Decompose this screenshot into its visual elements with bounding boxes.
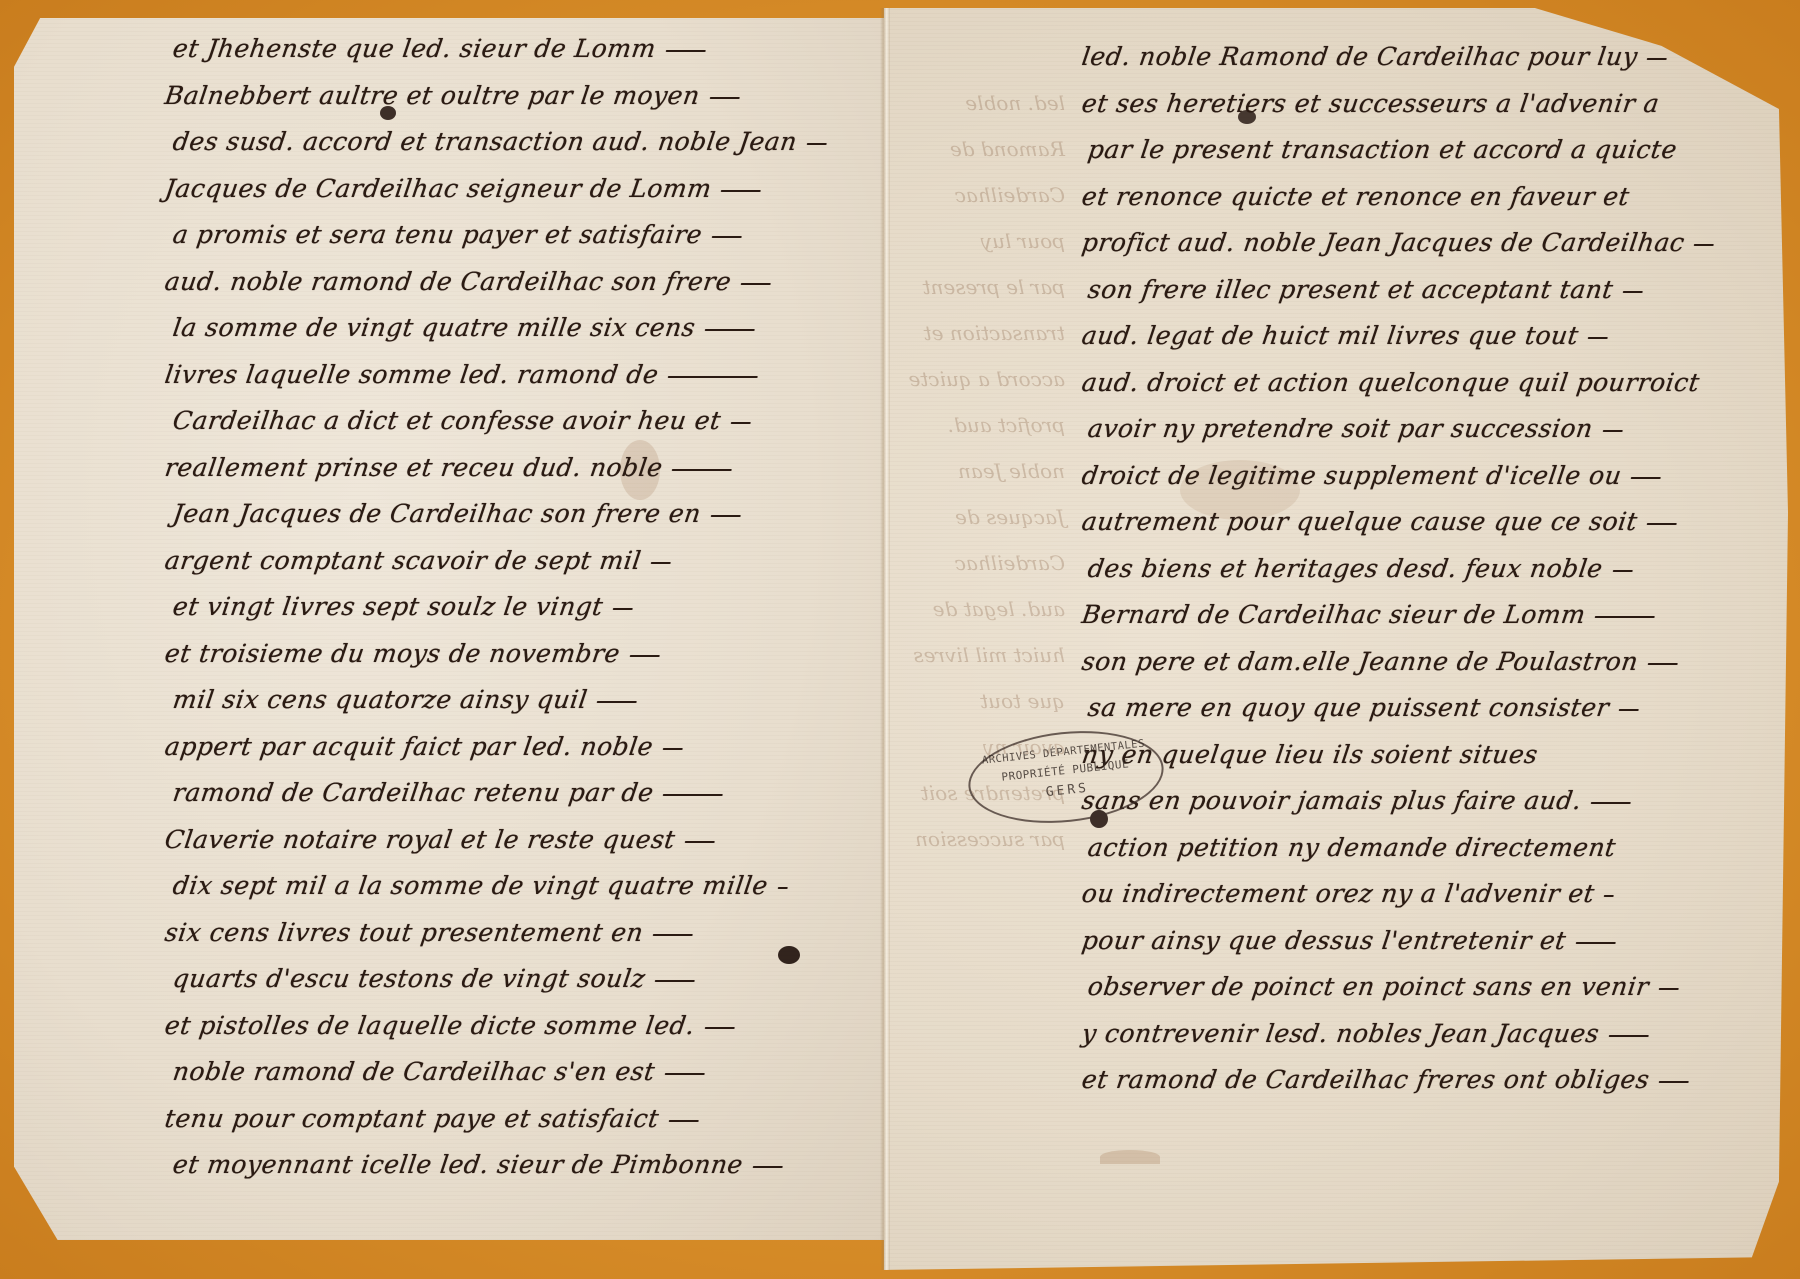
manuscript-line: Claverie notaire royal et le reste quest bbox=[162, 817, 889, 864]
manuscript-line: profict aud. noble Jean Jacques de Carde… bbox=[1079, 220, 1776, 267]
manuscript-line: et vingt livres sept soulz le vingt bbox=[162, 584, 889, 631]
manuscript-line: sans en pouvoir jamais plus faire aud. bbox=[1079, 778, 1776, 825]
manuscript-line: et ramond de Cardeilhac freres ont oblig… bbox=[1079, 1057, 1776, 1104]
manuscript-line: ny en quelque lieu ils soient situes bbox=[1079, 732, 1776, 779]
bleed-line: led. noble Ramond de Cardeilhac pour luy bbox=[905, 80, 1065, 264]
manuscript-line: droict de legitime supplement d'icelle o… bbox=[1079, 453, 1776, 500]
manuscript-line: Cardeilhac a dict et confesse avoir heu … bbox=[162, 398, 889, 445]
manuscript-line: la somme de vingt quatre mille six cens bbox=[162, 305, 889, 352]
bleed-line: profict aud. noble Jean Jacques de Carde… bbox=[905, 402, 1065, 586]
manuscript-line: observer de poinct en poinct sans en ven… bbox=[1079, 964, 1776, 1011]
manuscript-line: aud. noble ramond de Cardeilhac son frer… bbox=[162, 259, 889, 306]
manuscript-line: son frere illec present et acceptant tan… bbox=[1079, 267, 1776, 314]
manuscript-line: Balnebbert aultre et oultre par le moyen bbox=[162, 73, 889, 120]
manuscript-line: et ses heretiers et successeurs a l'adve… bbox=[1079, 81, 1776, 128]
manuscript-line: des susd. accord et transaction aud. nob… bbox=[162, 119, 889, 166]
manuscript-line: aud. droict et action quelconque quil po… bbox=[1079, 360, 1776, 407]
manuscript-line: ramond de Cardeilhac retenu par de bbox=[162, 770, 889, 817]
manuscript-line: reallement prinse et receu dud. noble bbox=[162, 445, 889, 492]
manuscript-line: argent comptant scavoir de sept mil bbox=[162, 538, 889, 585]
manuscript-line: pour ainsy que dessus l'entretenir et bbox=[1079, 918, 1776, 965]
manuscript-line: autrement pour quelque cause que ce soit bbox=[1079, 499, 1776, 546]
manuscript-line: aud. legat de huict mil livres que tout bbox=[1079, 313, 1776, 360]
manuscript-line: action petition ny demande directement bbox=[1079, 825, 1776, 872]
manuscript-line: appert par acquit faict par led. noble bbox=[162, 724, 889, 771]
manuscript-line: Jean Jacques de Cardeilhac son frere en bbox=[162, 491, 889, 538]
manuscript-line: noble ramond de Cardeilhac s'en est bbox=[162, 1049, 889, 1096]
manuscript-line: mil six cens quatorze ainsy quil bbox=[162, 677, 889, 724]
manuscript-line: et pistolles de laquelle dicte somme led… bbox=[162, 1003, 889, 1050]
manuscript-line: avoir ny pretendre soit par succession bbox=[1079, 406, 1776, 453]
manuscript-line: et moyennant icelle led. sieur de Pimbon… bbox=[162, 1142, 889, 1189]
manuscript-line: six cens livres tout presentement en bbox=[162, 910, 889, 957]
manuscript-line: et Jhehenste que led. sieur de Lomm bbox=[162, 26, 889, 73]
manuscript-line: livres laquelle somme led. ramond de bbox=[162, 352, 889, 399]
manuscript-line: tenu pour comptant paye et satisfaict bbox=[162, 1096, 889, 1143]
bleed-line: aud. legat de huict mil livres que tout bbox=[905, 586, 1065, 724]
manuscript-line: Jacques de Cardeilhac seigneur de Lomm bbox=[162, 166, 889, 213]
manuscript-line: son pere et dam.elle Jeanne de Poulastro… bbox=[1079, 639, 1776, 686]
left-page-text: et Jhehenste que led. sieur de Lomm Baln… bbox=[165, 26, 885, 1189]
manuscript-spread: led. noble Ramond de Cardeilhac pour luy… bbox=[0, 0, 1800, 1279]
manuscript-line: par le present transaction et accord a q… bbox=[1079, 127, 1776, 174]
bleed-through-text: led. noble Ramond de Cardeilhac pour luy… bbox=[905, 80, 1065, 780]
manuscript-line: led. noble Ramond de Cardeilhac pour luy bbox=[1079, 34, 1776, 81]
manuscript-line: dix sept mil a la somme de vingt quatre … bbox=[162, 863, 889, 910]
manuscript-line: et troisieme du moys de novembre bbox=[162, 631, 889, 678]
manuscript-line: et renonce quicte et renonce en faveur e… bbox=[1079, 174, 1776, 221]
manuscript-line: Bernard de Cardeilhac sieur de Lomm bbox=[1079, 592, 1776, 639]
bleed-line: par le present transaction et accord a q… bbox=[905, 264, 1065, 402]
manuscript-line: ou indirectement orez ny a l'advenir et bbox=[1079, 871, 1776, 918]
manuscript-line: y contrevenir lesd. nobles Jean Jacques bbox=[1079, 1011, 1776, 1058]
right-page-text: led. noble Ramond de Cardeilhac pour luy… bbox=[1082, 34, 1772, 1104]
manuscript-line: sa mere en quoy que puissent consister bbox=[1079, 685, 1776, 732]
manuscript-line: a promis et sera tenu payer et satisfair… bbox=[162, 212, 889, 259]
water-stain bbox=[1100, 1150, 1160, 1164]
manuscript-line: des biens et heritages desd. feux noble bbox=[1079, 546, 1776, 593]
manuscript-line: quarts d'escu testons de vingt soulz bbox=[162, 956, 889, 1003]
